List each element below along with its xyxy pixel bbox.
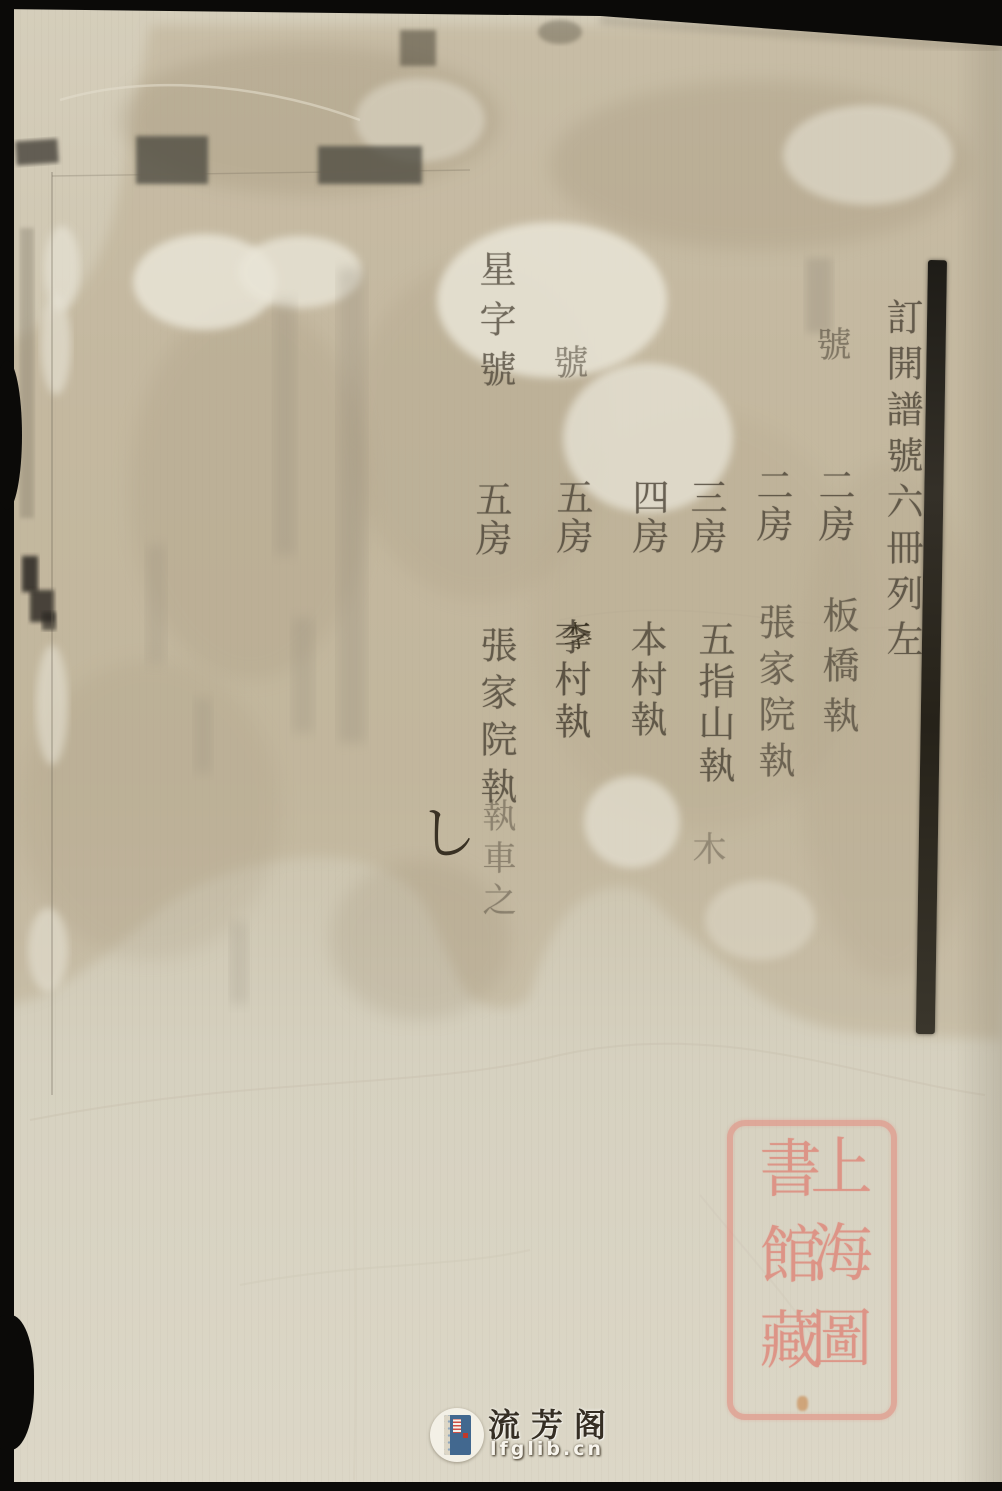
entry4-branch: 五房 (544, 478, 598, 556)
entry0-holder: 板橋執 (810, 596, 864, 746)
scan-frame-bottom (0, 1482, 1002, 1491)
seal-text-left-column: 書館藏 (741, 1135, 830, 1392)
entry2-branch: 三房 (678, 478, 732, 556)
paper-stain-dot (797, 1396, 808, 1411)
entry0-top: 號 (806, 326, 856, 361)
entry3-branch: 四房 (620, 478, 674, 556)
book-title-label (452, 1418, 462, 1434)
entry4-top: 號 (543, 344, 593, 379)
entry3-holder: 本村執 (618, 620, 672, 740)
entry1-holder: 張家院執 (746, 603, 800, 787)
book-seal-dot (463, 1433, 468, 1438)
entry5-branch: 五房 (463, 480, 517, 558)
entry1-branch: 二房 (744, 466, 798, 544)
entry0-branch: 二房 (806, 466, 860, 544)
watermark-badge-circle (430, 1408, 484, 1462)
entry2-holder: 五指山執 (686, 620, 740, 788)
library-seal: 上海圖 書館藏 (727, 1120, 897, 1420)
entry5-holder: 張家院執 (468, 626, 522, 814)
scan-frame-left (0, 0, 14, 1491)
entry2-note: 木 (682, 831, 731, 865)
header-column: 訂開譜號六冊列左 (874, 298, 928, 666)
entry5-top: 星字號 (467, 250, 521, 400)
book-binding-stitches (444, 1415, 450, 1455)
handwritten-hook-mark: し (416, 785, 478, 872)
traditional-book-icon (444, 1415, 471, 1455)
entry5-trailing: 執車之 (472, 798, 521, 924)
watermark-site-url: lfglib.cn (490, 1438, 604, 1460)
scanned-genealogy-page: 訂開譜號六冊列左 號 二房 板橋執 二房 張家院執 三房 五指山執 木 四房 本… (0, 0, 1002, 1491)
page-edge-shadow (955, 0, 1002, 1491)
site-watermark: 流芳阁 lfglib.cn (424, 1392, 684, 1472)
